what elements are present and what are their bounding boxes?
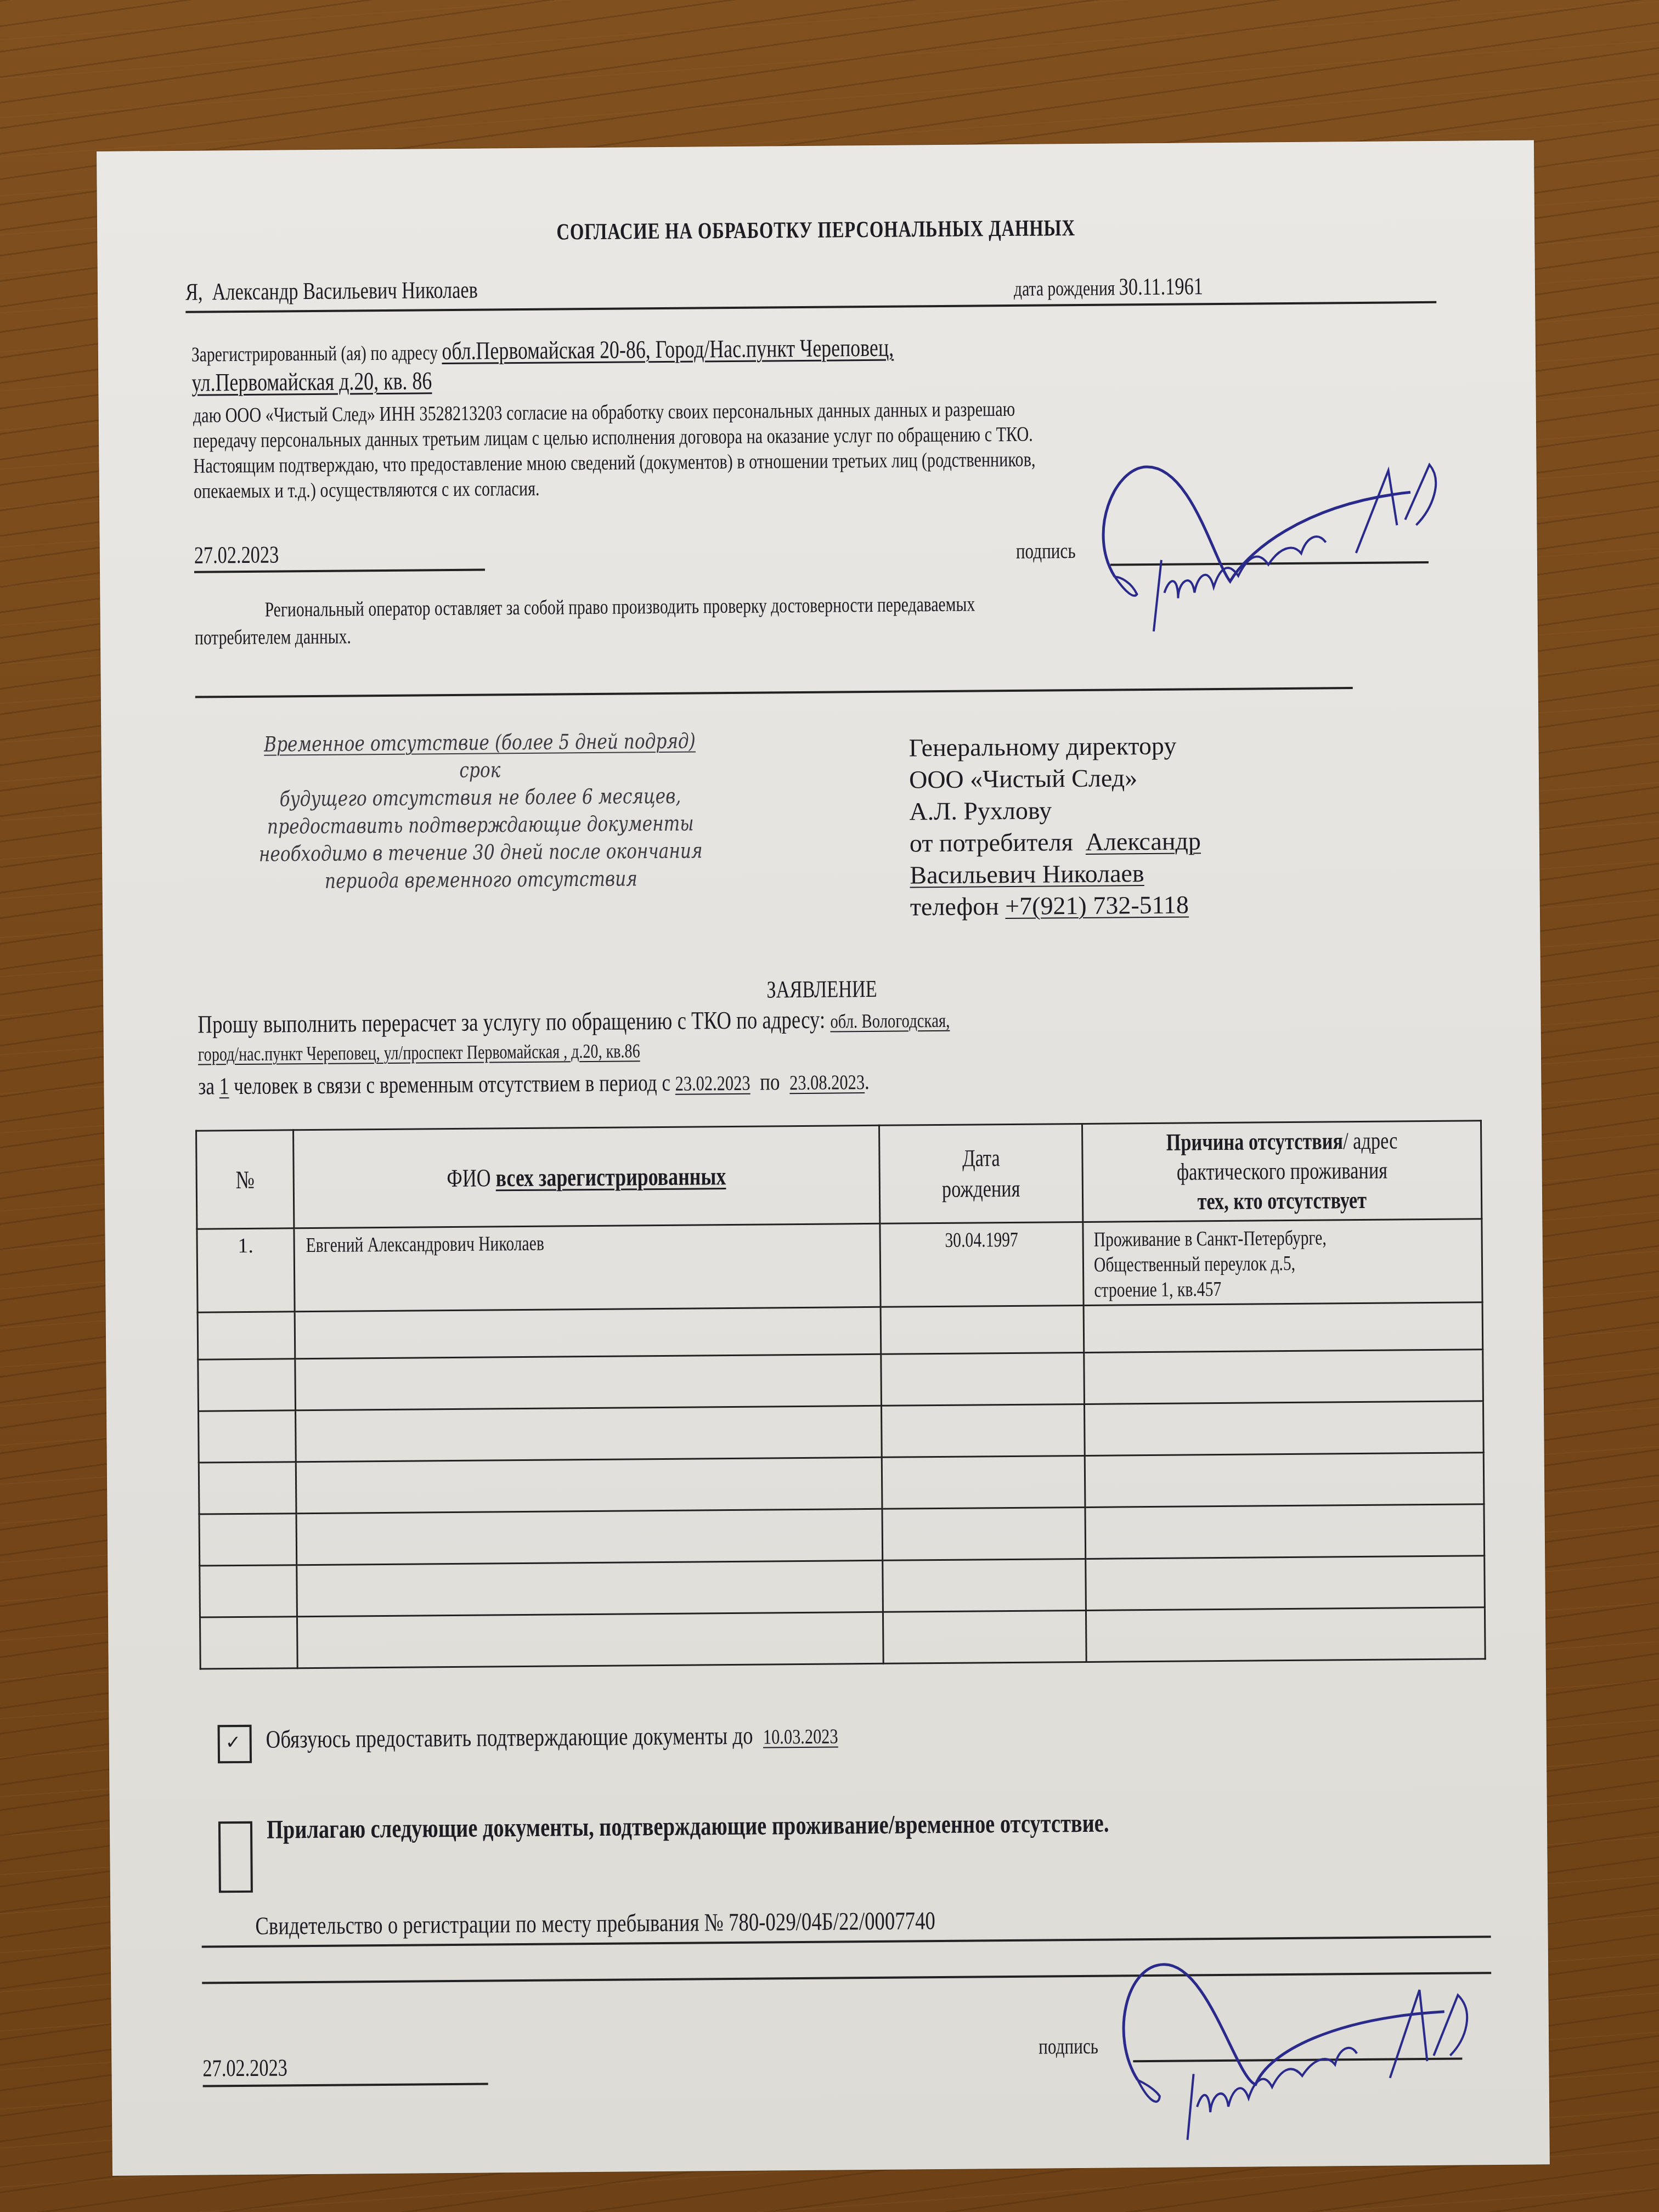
- table-row-empty: [200, 1607, 1485, 1669]
- period-from: 23.02.2023: [675, 1072, 751, 1096]
- row-number: 1.: [238, 1234, 253, 1257]
- operator-note-line1: Региональный оператор оставляет за собой…: [264, 591, 1175, 622]
- cell-fio: Евгений Александрович Николаев: [294, 1223, 881, 1311]
- for-prefix: за: [198, 1073, 215, 1099]
- temporary-absence-line1: Временное отсутствие (более 5 дней подря…: [255, 727, 705, 785]
- empty-cell: [199, 1410, 296, 1463]
- signature-label-text: подпись: [1016, 538, 1076, 564]
- table-row-empty: [200, 1556, 1485, 1617]
- registered-address-line2: ул.Первомайская д.20, кв. 86: [191, 365, 500, 397]
- empty-cell: [297, 1612, 883, 1668]
- temporary-absence-text: будущего отсутствия не более 6 месяцев,: [279, 782, 681, 813]
- header-dob-2: рождения: [942, 1173, 1020, 1205]
- request-address-1: обл. Вологодская,: [830, 1009, 950, 1032]
- cell-dob: 30.04.1997: [880, 1222, 1084, 1307]
- signature-1-icon: [1081, 448, 1444, 648]
- phone-label: телефон: [910, 892, 999, 921]
- empty-cell: [882, 1455, 1085, 1509]
- empty-cell: [1084, 1401, 1483, 1456]
- registered-address-1: обл.Первомайская 20-86, Город/Нас.пункт …: [442, 334, 894, 365]
- checkmark-icon: ✓: [225, 1731, 241, 1753]
- empty-cell: [883, 1559, 1086, 1612]
- consent-date-line: [194, 568, 485, 573]
- document-page: СОГЛАСИЕ НА ОБРАБОТКУ ПЕРСОНАЛЬНЫХ ДАННЫ…: [97, 140, 1550, 2175]
- period-to: 23.08.2023: [789, 1071, 865, 1094]
- temporary-absence-text: срок: [459, 758, 500, 782]
- period-to-label: по: [760, 1068, 780, 1095]
- i-prefix: Я,: [185, 278, 203, 305]
- addressee-block: Генеральному директору ООО «Чистый След»…: [909, 730, 1201, 923]
- attach-checkbox[interactable]: [218, 1821, 253, 1893]
- operator-note-text: Региональный оператор оставляет за собой…: [264, 592, 975, 622]
- addressee-line3: А.Л. Рухлову: [909, 793, 1200, 827]
- footer-date-value: 27.02.2023: [202, 2053, 287, 2082]
- row-fio: Евгений Александрович Николаев: [306, 1232, 544, 1257]
- header-number: №: [196, 1130, 294, 1229]
- empty-cell: [1084, 1302, 1483, 1353]
- header-fio-prefix: ФИО: [447, 1164, 492, 1192]
- header-number-text: №: [235, 1165, 255, 1194]
- temporary-absence-text: необходимо в течение 30 дней после оконч…: [258, 837, 702, 867]
- addressee-line1: Генеральному директору: [909, 730, 1200, 764]
- header-fio-underlined: всех зарегистрированных: [496, 1162, 726, 1192]
- header-reason-bold: Причина отсутствия: [1166, 1127, 1343, 1156]
- temporary-absence-text: периода временного отсутствия: [324, 865, 637, 894]
- temporary-absence-note: Временное отсутствие (более 5 дней подря…: [205, 727, 755, 896]
- header-reason-bold2: тех, кто отсутствует: [1198, 1186, 1367, 1216]
- statement-title: ЗАЯВЛЕНИЕ: [103, 969, 1541, 1009]
- footer-signature-label: подпись: [1039, 2033, 1115, 2059]
- footer-date-line: [203, 2083, 488, 2087]
- residents-table: № ФИО всех зарегистрированных Дата рожде…: [195, 1120, 1486, 1669]
- row-reason-2: Общественный переулок д.5,: [1094, 1251, 1295, 1278]
- registered-label: Зарегистрированный (ая) по адресу: [191, 341, 438, 366]
- header-dob-1: Дата: [962, 1143, 1000, 1174]
- addressee-phone: телефон +7(921) 732-5118: [910, 889, 1201, 923]
- dob-value: 30.11.1961: [1119, 273, 1204, 300]
- row-reason-1: Проживание в Санкт-Петербурге,: [1093, 1225, 1326, 1252]
- cell-reason: Проживание в Санкт-Петербурге, Обществен…: [1083, 1219, 1482, 1306]
- registered-address-line1: Зарегистрированный (ая) по адресу обл.Пе…: [191, 331, 1092, 368]
- phone-value: +7(921) 732-5118: [1005, 890, 1189, 920]
- empty-cell: [198, 1312, 295, 1359]
- footer-date: 27.02.2023: [202, 2053, 311, 2083]
- header-dob: Дата рождения: [879, 1124, 1083, 1223]
- attach-label: Прилагаю следующие документы, подтвержда…: [267, 1807, 1320, 1845]
- empty-cell: [296, 1560, 883, 1616]
- signature-2-icon: [1104, 1951, 1489, 2151]
- empty-cell: [198, 1359, 295, 1411]
- empty-cell: [200, 1617, 297, 1669]
- empty-cell: [1086, 1607, 1485, 1662]
- addressee-from: от потребителя Александр: [910, 825, 1201, 859]
- consent-signature-label: подпись: [1016, 538, 1093, 564]
- statement-request-line: Прошу выполнить перерасчет за услугу по …: [198, 1002, 1138, 1039]
- consent-body-line: опекаемых и т.д.) осуществляются с их со…: [194, 476, 540, 504]
- consent-full-name: Александр Васильевич Николаев: [212, 276, 478, 306]
- table-row: 1. Евгений Александрович Николаев 30.04.…: [197, 1219, 1482, 1312]
- empty-cell: [295, 1307, 881, 1358]
- header-reason: Причина отсутствия/ адрес фактического п…: [1082, 1121, 1481, 1222]
- table-row-empty: [199, 1453, 1484, 1514]
- commit-checkbox[interactable]: ✓: [218, 1725, 252, 1763]
- footer-signature-label-text: подпись: [1039, 2033, 1098, 2059]
- consent-date-value: 27.02.2023: [194, 540, 279, 569]
- empty-cell: [883, 1610, 1086, 1663]
- request-address-2: город/нас.пункт Череповец, ул/проспект П…: [198, 1039, 640, 1065]
- table-header-row: № ФИО всех зарегистрированных Дата рожде…: [196, 1121, 1482, 1229]
- empty-cell: [881, 1305, 1084, 1354]
- table-row-empty: [198, 1350, 1483, 1411]
- operator-note-text-2: потребителем данных.: [195, 624, 351, 650]
- header-reason-normal: / адрес: [1343, 1127, 1398, 1154]
- empty-cell: [295, 1354, 882, 1410]
- temporary-absence-underlined: Временное отсутствие (более 5 дней подря…: [264, 729, 696, 756]
- from-label: от потребителя: [910, 828, 1073, 857]
- empty-cell: [296, 1509, 883, 1565]
- empty-cell: [1084, 1350, 1483, 1404]
- from-name-2: Васильевич Николаев: [910, 859, 1144, 889]
- persons-count: 1: [219, 1073, 229, 1099]
- empty-cell: [1085, 1453, 1484, 1508]
- addressee-line2: ООО «Чистый След»: [909, 761, 1200, 795]
- dob-label: дата рождения: [1014, 276, 1115, 300]
- empty-cell: [881, 1352, 1084, 1406]
- cell-number: 1.: [197, 1228, 295, 1312]
- attached-document: Свидетельство о регистрации по месту пре…: [255, 1905, 1105, 1940]
- table-row-empty: [199, 1504, 1485, 1566]
- commit-label-text: Обязуюсь предоставить подтверждающие док…: [266, 1722, 753, 1753]
- empty-cell: [295, 1406, 882, 1462]
- row-reason-3: строение 1, кв.457: [1094, 1277, 1221, 1303]
- empty-cell: [200, 1565, 297, 1617]
- header-fio: ФИО всех зарегистрированных: [293, 1125, 880, 1228]
- temporary-absence-text: предоставить подтверждающие документы: [267, 809, 694, 840]
- operator-note-line2: потребителем данных.: [195, 624, 396, 650]
- period-end: .: [865, 1068, 870, 1094]
- consent-title-text: СОГЛАСИЕ НА ОБРАБОТКУ ПЕРСОНАЛЬНЫХ ДАННЫ…: [556, 215, 1075, 245]
- addressee-from-name: Васильевич Николаев: [910, 857, 1201, 891]
- empty-cell: [882, 1507, 1085, 1560]
- statement-address-line: город/нас.пункт Череповец, ул/проспект П…: [198, 1038, 765, 1065]
- from-name-1: Александр: [1085, 827, 1201, 856]
- consent-name-line: Я, Александр Васильевич Николаев: [185, 275, 560, 306]
- section-divider: [195, 687, 1353, 698]
- consent-date: 27.02.2023: [194, 540, 303, 569]
- commit-label: Обязуюсь предоставить подтверждающие док…: [266, 1719, 981, 1753]
- empty-cell: [199, 1462, 296, 1514]
- header-reason-line2: фактического проживания: [1176, 1156, 1387, 1187]
- consent-title: СОГЛАСИЕ НА ОБРАБОТКУ ПЕРСОНАЛЬНЫХ ДАННЫ…: [97, 211, 1534, 249]
- table-row-empty: [199, 1401, 1484, 1463]
- persons-text: человек в связи с временным отсутствием …: [234, 1069, 670, 1099]
- attached-document-text: Свидетельство о регистрации по месту пре…: [255, 1906, 935, 1940]
- empty-cell: [199, 1514, 296, 1566]
- attach-label-text: Прилагаю следующие документы, подтвержда…: [267, 1808, 1109, 1845]
- empty-cell: [1085, 1504, 1485, 1559]
- row-dob: 30.04.1997: [945, 1228, 1018, 1252]
- empty-cell: [882, 1404, 1085, 1457]
- statement-period-line: за 1 человек в связи с временным отсутст…: [198, 1066, 1037, 1101]
- registered-address-2: ул.Первомайская д.20, кв. 86: [191, 366, 432, 397]
- statement-title-text: ЗАЯВЛЕНИЕ: [766, 975, 877, 1004]
- dob-line: дата рождения 30.11.1961: [1014, 272, 1257, 301]
- empty-cell: [296, 1457, 882, 1513]
- request-prefix: Прошу выполнить перерасчет за услугу по …: [198, 1006, 825, 1039]
- empty-cell: [1086, 1556, 1485, 1611]
- commit-date: 10.03.2023: [763, 1725, 838, 1748]
